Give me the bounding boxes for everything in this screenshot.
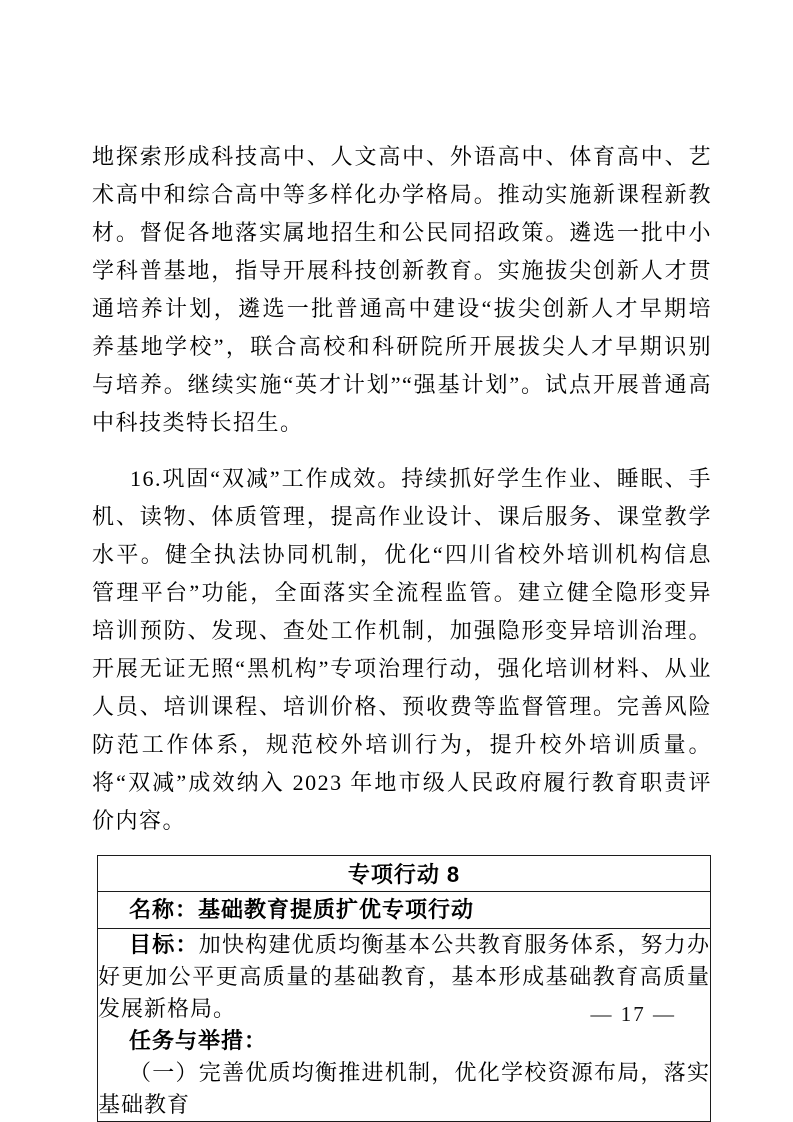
document-content: 地探索形成科技高中、人文高中、外语高中、体育高中、艺术高中和综合高中等多样化办学… xyxy=(92,138,712,1122)
table-title-cell: 专项行动 8 xyxy=(98,856,711,892)
table-row: 名称：基础教育提质扩优专项行动 xyxy=(98,892,711,929)
table-title: 专项行动 8 xyxy=(348,862,460,887)
document-page: 地探索形成科技高中、人文高中、外语高中、体育高中、艺术高中和综合高中等多样化办学… xyxy=(0,0,793,1122)
table-name-cell: 名称：基础教育提质扩优专项行动 xyxy=(98,892,711,929)
table-row: 专项行动 8 xyxy=(98,856,711,892)
table-name: 名称：基础教育提质扩优专项行动 xyxy=(129,897,474,922)
table-tasks-label: 任务与举措： xyxy=(129,1028,267,1053)
table-name-paragraph: 名称：基础教育提质扩优专项行动 xyxy=(98,892,710,928)
table-tasks-heading: 任务与举措： xyxy=(98,1025,710,1057)
table-goal-label: 目标： xyxy=(129,932,199,957)
paragraph-continuation: 地探索形成科技高中、人文高中、外语高中、体育高中、艺术高中和综合高中等多样化办学… xyxy=(92,138,712,442)
special-action-table: 专项行动 8 名称：基础教育提质扩优专项行动 目标：加快构建优质均衡基本公共教育… xyxy=(97,855,711,1122)
table-task-item-1: （一）完善优质均衡推进机制，优化学校资源布局，落实基础教育 xyxy=(98,1057,710,1121)
page-number: — 17 — xyxy=(0,1002,676,1027)
special-action-table-body: 专项行动 8 名称：基础教育提质扩优专项行动 目标：加快构建优质均衡基本公共教育… xyxy=(98,856,711,1122)
paragraph-item-16: 16.巩固“双减”工作成效。持续抓好学生作业、睡眠、手机、读物、体质管理，提高作… xyxy=(92,460,712,840)
